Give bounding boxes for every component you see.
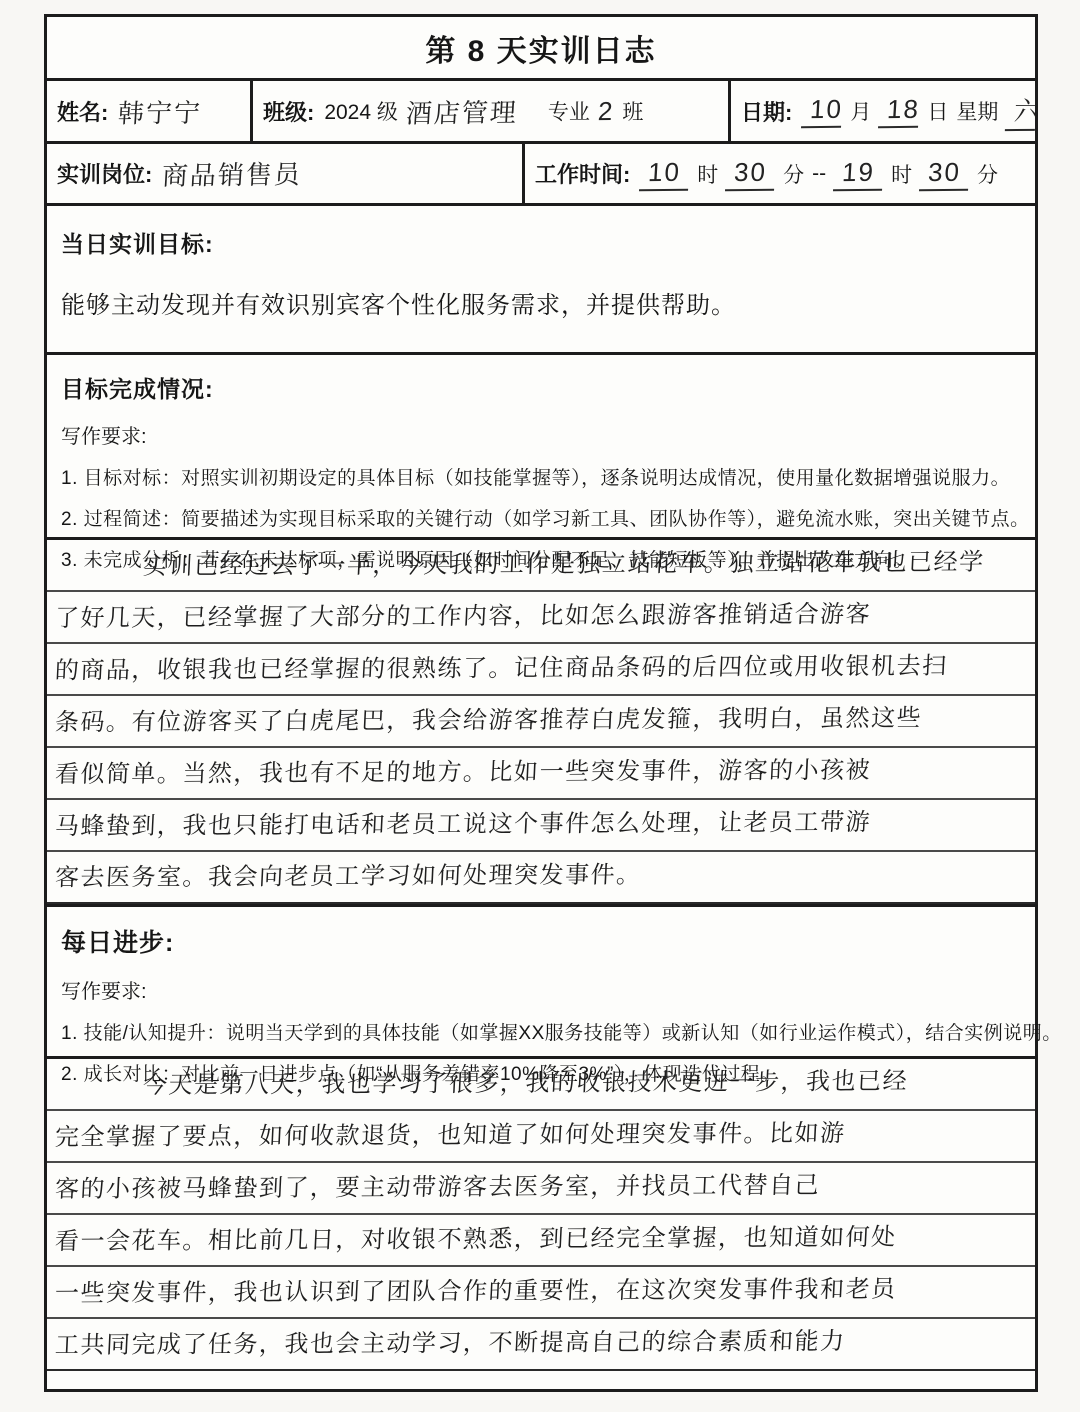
title-row: 第 8 天实训日志 [47, 17, 1035, 81]
date-label: 日期: [741, 96, 792, 127]
start-minute-handwritten-value: 30 [725, 156, 776, 191]
daily-progress-label: 每日进步: [61, 923, 1021, 959]
progress-handwriting-line: 工共同完成了任务，我也会主动学习，不断提高自己的综合素质和能力 [47, 1319, 1035, 1371]
training-log-page: 第 8 天实训日志 姓名: 韩宁宁 班级: 2024 级 酒店管理 专业 2 班… [0, 0, 1080, 1412]
progress-handwriting-area: 今天是第八天，我也学习了很多，我的收银技术更进一步，我也已经 完全掌握了要点，如… [47, 1059, 1035, 1371]
start-hour-handwritten-value: 10 [639, 156, 690, 191]
post-cell: 实训岗位: 商品销售员 [47, 144, 522, 203]
daily-goal-label: 当日实训目标: [61, 226, 1021, 259]
name-cell: 姓名: 韩宁宁 [47, 81, 250, 141]
worktime-label: 工作时间: [535, 158, 630, 189]
progress-requirement-1: 1. 技能/认知提升：说明当天学到的具体技能（如掌握XX服务技能等）或新认知（如… [61, 1018, 1021, 1045]
hour-unit: 时 [697, 159, 718, 189]
hour-unit-2: 时 [891, 159, 912, 189]
completion-requirement-2: 2. 过程简述：简要描述为实现目标采取的关键行动（如学习新工具、团队协作等），避… [61, 504, 1021, 531]
post-handwritten-value: 商品销售员 [161, 154, 303, 192]
class-suffix: 班 [622, 96, 643, 126]
minute-unit: 分 [783, 159, 804, 189]
class-number-handwritten-value: 2 [597, 95, 615, 126]
post-row: 实训岗位: 商品销售员 工作时间: 10 时 30 分 -- 19 时 30 分 [47, 144, 1035, 206]
weekday-label: 星期 [956, 96, 998, 126]
completion-handwriting-line: 马蜂蛰到，我也只能打电话和老员工说这个事件怎么处理，让老员工带游 [47, 800, 1035, 852]
class-year: 2024 级 [324, 96, 398, 126]
completion-handwriting-line: 了好几天，已经掌握了大部分的工作内容，比如怎么跟游客推销适合游客 [47, 592, 1035, 644]
completion-handwriting-line: 条码。有位游客买了白虎尾巴，我会给游客推荐白虎发箍，我明白，虽然这些 [47, 696, 1035, 748]
progress-handwriting-line: 一些突发事件，我也认识到了团队合作的重要性，在这次突发事件我和老员 [47, 1267, 1035, 1319]
completion-handwriting-area: 实训已经过去了一半，今天我的工作是独立站花车。独立站花车我也已经学 了好几天，已… [47, 540, 1035, 907]
time-range-dash: -- [812, 162, 826, 186]
class-label: 班级: [263, 96, 314, 127]
date-day-handwritten-value: 18 [878, 94, 920, 128]
completion-label: 目标完成情况: [61, 371, 1021, 404]
major-label: 专业 [548, 96, 590, 126]
completion-handwriting-line: 实训已经过去了一半，今天我的工作是独立站花车。独立站花车我也已经学 [47, 540, 1035, 592]
class-major-handwritten-value: 酒店管理 [405, 92, 519, 130]
progress-writing-requirements-label: 写作要求: [61, 975, 1021, 1004]
daily-goal-section: 当日实训目标: 能够主动发现并有效识别宾客个性化服务需求，并提供帮助。 [47, 206, 1035, 355]
training-log-form: 第 8 天实训日志 姓名: 韩宁宁 班级: 2024 级 酒店管理 专业 2 班… [44, 14, 1038, 1392]
completion-requirement-1: 1. 目标对标：对照实训初期设定的具体目标（如技能掌握等），逐条说明达成情况，使… [61, 463, 1021, 490]
page-title: 第 8 天实训日志 [425, 26, 656, 70]
completion-handwriting-line: 客去医务室。我会向老员工学习如何处理突发事件。 [47, 852, 1035, 904]
progress-handwriting-line: 完全掌握了要点，如何收款退货，也知道了如何处理突发事件。比如游 [47, 1111, 1035, 1163]
progress-handwriting-line: 今天是第八天，我也学习了很多，我的收银技术更进一步，我也已经 [47, 1059, 1035, 1111]
end-minute-handwritten-value: 30 [919, 156, 970, 191]
post-label: 实训岗位: [57, 158, 152, 189]
date-month-handwritten-value: 10 [801, 94, 843, 128]
month-unit: 月 [850, 96, 871, 126]
day-unit: 日 [927, 96, 948, 126]
completion-writing-requirements-label: 写作要求: [61, 420, 1021, 449]
weekday-handwritten-value: 六 [1005, 91, 1035, 131]
progress-handwriting-line: 看一会花车。相比前几日，对收银不熟悉，到已经完全掌握，也知道如何处 [47, 1215, 1035, 1267]
completion-handwriting-line: 看似简单。当然，我也有不足的地方。比如一些突发事件，游客的小孩被 [47, 748, 1035, 800]
end-hour-handwritten-value: 19 [833, 156, 884, 191]
class-cell: 班级: 2024 级 酒店管理 专业 2 班 [250, 81, 728, 141]
daily-goal-text: 能够主动发现并有效识别宾客个性化服务需求，并提供帮助。 [61, 285, 1021, 320]
worktime-cell: 工作时间: 10 时 30 分 -- 19 时 30 分 [522, 144, 1035, 203]
completion-section: 目标完成情况: 写作要求: 1. 目标对标：对照实训初期设定的具体目标（如技能掌… [47, 355, 1035, 540]
info-row: 姓名: 韩宁宁 班级: 2024 级 酒店管理 专业 2 班 日期: 10 月 … [47, 81, 1035, 144]
daily-progress-section: 每日进步: 写作要求: 1. 技能/认知提升：说明当天学到的具体技能（如掌握XX… [47, 907, 1035, 1059]
name-handwritten-value: 韩宁宁 [117, 92, 203, 130]
name-label: 姓名: [57, 96, 108, 127]
completion-handwriting-line: 的商品，收银我也已经掌握的很熟练了。记住商品条码的后四位或用收银机去扫 [47, 644, 1035, 696]
progress-handwriting-line: 客的小孩被马蜂蛰到了，要主动带游客去医务室，并找员工代替自己 [47, 1163, 1035, 1215]
date-cell: 日期: 10 月 18 日 星期 六 [728, 81, 1035, 141]
minute-unit-2: 分 [977, 159, 998, 189]
